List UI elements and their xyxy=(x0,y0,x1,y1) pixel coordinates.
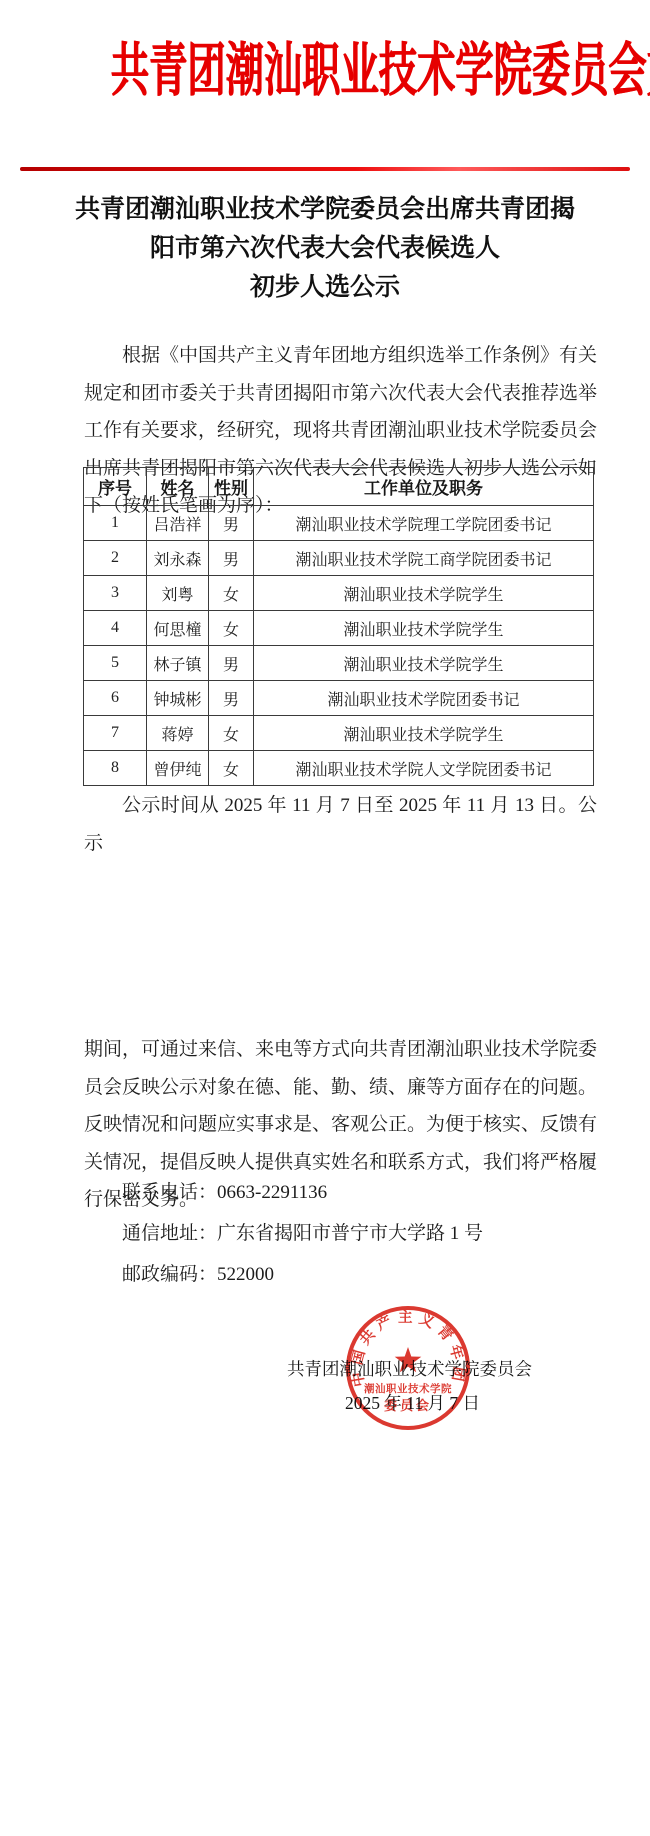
cell-index: 6 xyxy=(84,681,147,716)
publicity-period-line: 公示时间从 2025 年 11 月 7 日至 2025 年 11 月 13 日。… xyxy=(84,787,597,862)
document-title-line-3: 初步人选公示 xyxy=(0,268,650,307)
cell-name: 钟城彬 xyxy=(147,681,209,716)
cell-gender: 女 xyxy=(209,611,254,646)
cell-unit: 潮汕职业技术学院理工学院团委书记 xyxy=(254,506,594,541)
table-row: 4 何思橦 女 潮汕职业技术学院学生 xyxy=(84,611,594,646)
cell-unit: 潮汕职业技术学院学生 xyxy=(254,611,594,646)
table-row: 5 林子镇 男 潮汕职业技术学院学生 xyxy=(84,646,594,681)
red-star-icon xyxy=(395,1347,422,1372)
col-header-unit: 工作单位及职务 xyxy=(254,468,594,506)
red-divider-line xyxy=(20,167,630,171)
table-row: 2 刘永森 男 潮汕职业技术学院工商学院团委书记 xyxy=(84,541,594,576)
document-title-line-2: 阳市第六次代表大会代表候选人 xyxy=(0,229,650,268)
col-header-gender: 性别 xyxy=(209,468,254,506)
table-row: 3 刘粤 女 潮汕职业技术学院学生 xyxy=(84,576,594,611)
cell-unit: 潮汕职业技术学院学生 xyxy=(254,576,594,611)
document-title: 共青团潮汕职业技术学院委员会出席共青团揭 阳市第六次代表大会代表候选人 初步人选… xyxy=(0,190,650,307)
col-header-index: 序号 xyxy=(84,468,147,506)
seal-inner-line2: 委员会 xyxy=(384,1398,432,1413)
col-header-name: 姓名 xyxy=(147,468,209,506)
seal-inner-line1: 潮汕职业技术学院 xyxy=(363,1382,452,1395)
contact-address: 通信地址：广东省揭阳市普宁市大学路 1 号 xyxy=(122,1213,483,1254)
cell-name: 刘永森 xyxy=(147,541,209,576)
cell-index: 5 xyxy=(84,646,147,681)
cell-unit: 潮汕职业技术学院团委书记 xyxy=(254,681,594,716)
table-row: 7 蒋婷 女 潮汕职业技术学院学生 xyxy=(84,716,594,751)
cell-index: 7 xyxy=(84,716,147,751)
cell-name: 曾伊纯 xyxy=(147,751,209,786)
table-row: 1 吕浩祥 男 潮汕职业技术学院理工学院团委书记 xyxy=(84,506,594,541)
candidates-table: 序号 姓名 性别 工作单位及职务 1 吕浩祥 男 潮汕职业技术学院理工学院团委书… xyxy=(83,467,594,786)
cell-gender: 女 xyxy=(209,751,254,786)
cell-gender: 男 xyxy=(209,541,254,576)
cell-index: 8 xyxy=(84,751,147,786)
cell-gender: 女 xyxy=(209,716,254,751)
document-page: 共青团潮汕职业技术学院委员会文件 共青团潮汕职业技术学院委员会出席共青团揭 阳市… xyxy=(0,0,650,1836)
red-letterhead-title: 共青团潮汕职业技术学院委员会文件 xyxy=(110,38,539,104)
cell-name: 吕浩祥 xyxy=(147,506,209,541)
cell-gender: 男 xyxy=(209,506,254,541)
cell-gender: 男 xyxy=(209,646,254,681)
cell-unit: 潮汕职业技术学院学生 xyxy=(254,716,594,751)
table-row: 8 曾伊纯 女 潮汕职业技术学院人文学院团委书记 xyxy=(84,751,594,786)
contact-postcode: 邮政编码：522000 xyxy=(122,1254,483,1295)
cell-unit: 潮汕职业技术学院学生 xyxy=(254,646,594,681)
cell-index: 2 xyxy=(84,541,147,576)
cell-gender: 男 xyxy=(209,681,254,716)
cell-index: 3 xyxy=(84,576,147,611)
contact-phone: 联系电话：0663-2291136 xyxy=(122,1172,483,1213)
cell-name: 蒋婷 xyxy=(147,716,209,751)
contact-block: 联系电话：0663-2291136 通信地址：广东省揭阳市普宁市大学路 1 号 … xyxy=(122,1172,483,1295)
cell-index: 4 xyxy=(84,611,147,646)
cell-name: 林子镇 xyxy=(147,646,209,681)
table-header-row: 序号 姓名 性别 工作单位及职务 xyxy=(84,468,594,506)
cell-unit: 潮汕职业技术学院人文学院团委书记 xyxy=(254,751,594,786)
cell-gender: 女 xyxy=(209,576,254,611)
official-red-seal: 中国共产主义青年团 潮汕职业技术学院 委员会 xyxy=(338,1298,478,1438)
cell-index: 1 xyxy=(84,506,147,541)
cell-name: 何思橦 xyxy=(147,611,209,646)
cell-name: 刘粤 xyxy=(147,576,209,611)
cell-unit: 潮汕职业技术学院工商学院团委书记 xyxy=(254,541,594,576)
document-title-line-1: 共青团潮汕职业技术学院委员会出席共青团揭 xyxy=(0,190,650,229)
table-row: 6 钟城彬 男 潮汕职业技术学院团委书记 xyxy=(84,681,594,716)
